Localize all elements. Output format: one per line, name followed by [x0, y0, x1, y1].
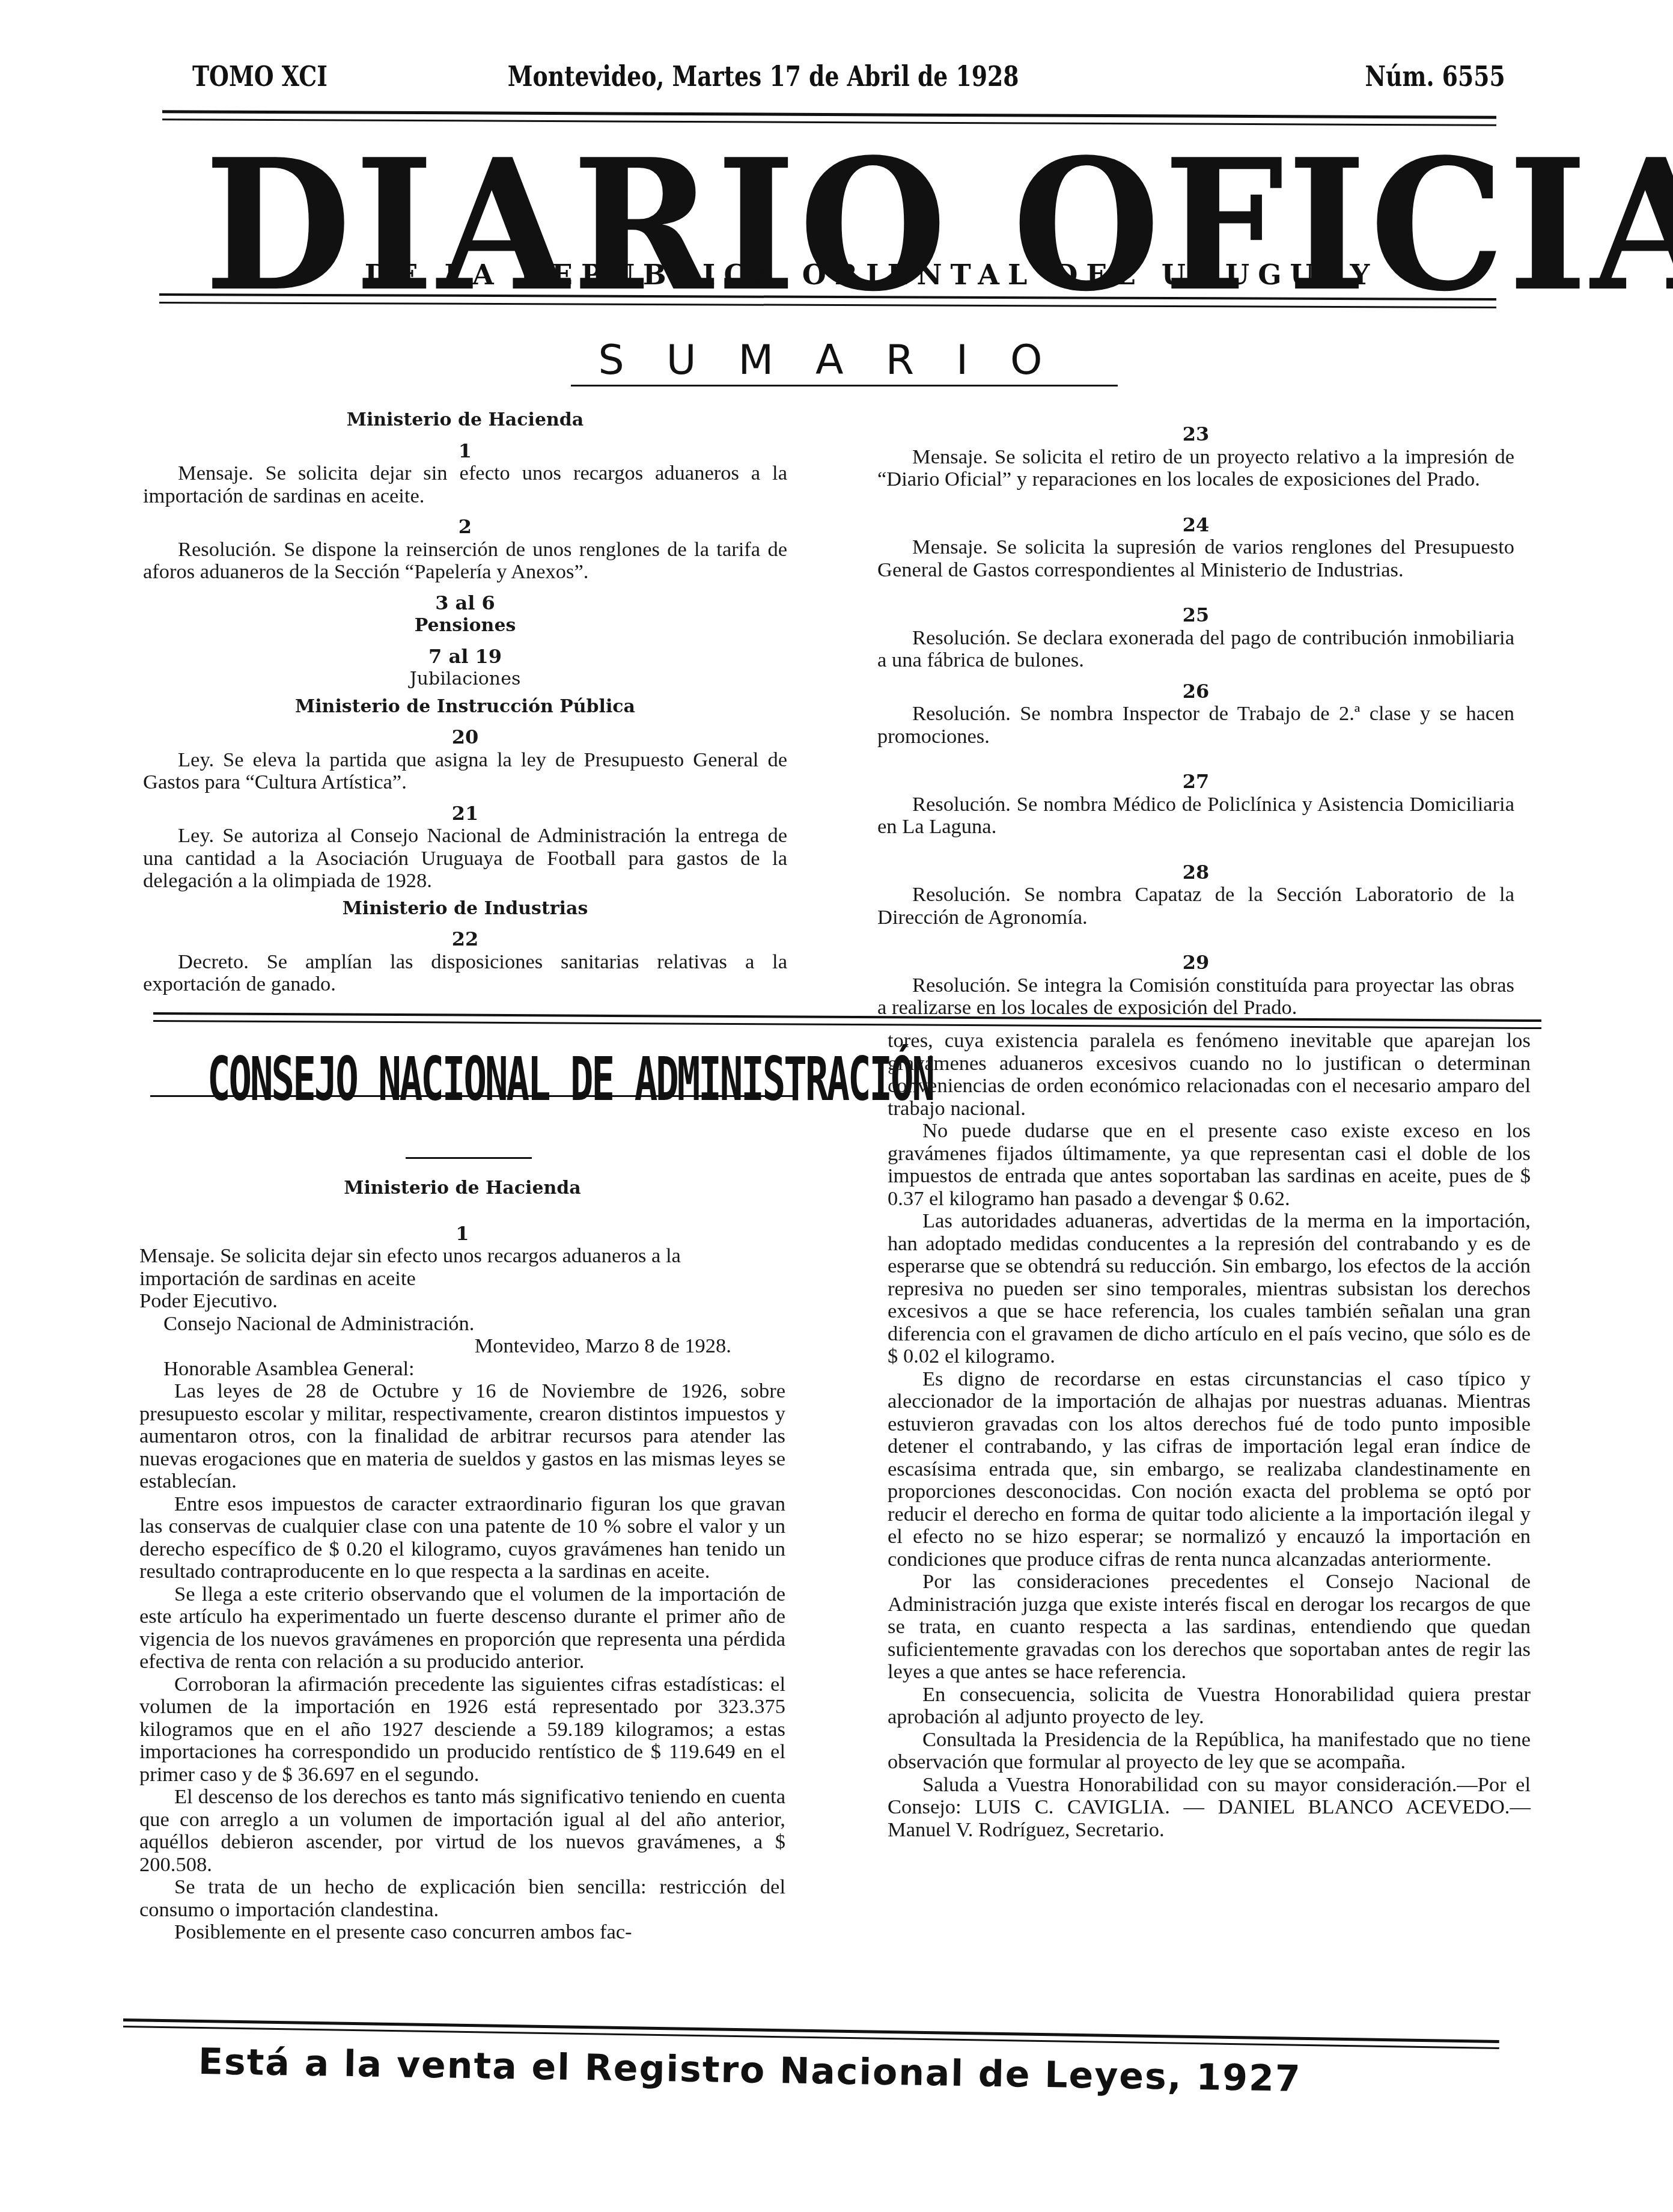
item-number: 28 — [877, 861, 1514, 884]
paragraph: Mensaje. Se solicita dejar sin efecto un… — [143, 462, 787, 507]
paragraph: Resolución. Se nombra Médico de Policlín… — [877, 793, 1514, 839]
paragraph: Las leyes de 28 de Octubre y 16 de Novie… — [139, 1380, 785, 1493]
paragraph: Por las consideraciones precedentes el C… — [888, 1571, 1531, 1684]
item-number: 26 — [877, 680, 1514, 703]
item-number: 1 — [139, 1223, 785, 1245]
paragraph: Entre esos impuestos de caracter extraor… — [139, 1493, 785, 1583]
newspaper-subtitle: DE LA REPUBLICA ORIENTAL DEL URUGUAY — [361, 258, 1382, 291]
item-number: 3 al 6 — [143, 592, 787, 615]
advertisement-banner: Está a la venta el Registro Nacional de … — [198, 2041, 1460, 2103]
spacer — [877, 748, 1514, 762]
paragraph: Las autoridades aduaneras, advertidas de… — [888, 1210, 1531, 1368]
item-number: 2 — [143, 516, 787, 539]
paragraph: Se trata de un hecho de explicación bien… — [139, 1876, 785, 1921]
category-heading: Pensiones — [143, 614, 787, 637]
paragraph: El descenso de los derechos es tanto más… — [139, 1786, 785, 1876]
paragraph: Ley. Se autoriza al Consejo Nacional de … — [143, 825, 787, 893]
paragraph: Consejo Nacional de Administración. — [139, 1313, 785, 1336]
masthead-topline: TOMO XCI Montevideo, Martes 17 de Abril … — [192, 60, 1483, 108]
divider — [123, 2018, 1499, 2043]
sumario-left-column: Ministerio de Hacienda1Mensaje. Se solic… — [143, 404, 787, 996]
paragraph: Posiblemente en el presente caso concurr… — [139, 1921, 785, 1944]
paragraph: Mensaje. Se solicita el retiro de un pro… — [877, 446, 1514, 491]
paragraph: Ley. Se eleva la partida que asigna la l… — [143, 749, 787, 794]
ministry-heading: Ministerio de Hacienda — [143, 409, 787, 432]
category-heading: Jubilaciones — [143, 668, 787, 691]
paragraph: Mensaje. Se solicita la supresión de var… — [877, 536, 1514, 581]
section-heading: CONSEJO NACIONAL DE ADMINISTRACIÓN — [207, 1046, 760, 1115]
paragraph: No puede dudarse que en el presente caso… — [888, 1120, 1531, 1210]
spacer — [877, 581, 1514, 596]
article-left-column: Ministerio de Hacienda1Mensaje. Se solic… — [139, 1172, 785, 1944]
paragraph: Saluda a Vuestra Honorabilidad con su ma… — [888, 1774, 1531, 1842]
item-number: 24 — [877, 514, 1514, 537]
divider — [406, 1157, 532, 1159]
item-number: 7 al 19 — [143, 646, 787, 668]
ministry-heading: Ministerio de Instrucción Pública — [143, 695, 787, 718]
sumario-heading: SUMARIO — [565, 337, 1118, 384]
item-number: 23 — [877, 423, 1514, 446]
paragraph: Se llega a este criterio observando que … — [139, 1583, 785, 1673]
spacer — [877, 929, 1514, 943]
spacer — [877, 839, 1514, 853]
paragraph: Es digno de recordarse en estas circunst… — [888, 1368, 1531, 1571]
dateline: Montevideo, Marzo 8 de 1928. — [139, 1335, 785, 1358]
paragraph: tores, cuya existencia paralela es fenóm… — [888, 1030, 1531, 1120]
paragraph: Honorable Asamblea General: — [139, 1358, 785, 1381]
article-right-column: tores, cuya existencia paralela es fenóm… — [888, 1030, 1531, 1841]
paragraph: Resolución. Se integra la Comisión const… — [877, 974, 1514, 1019]
divider — [153, 1020, 1541, 1029]
item-number: 1 — [143, 440, 787, 463]
paragraph: Resolución. Se dispone la reinserción de… — [143, 539, 787, 584]
item-number: 21 — [143, 802, 787, 825]
divider — [571, 385, 1118, 386]
paragraph: En consecuencia, solicita de Vuestra Hon… — [888, 1684, 1531, 1729]
item-caption: Mensaje. Se solicita dejar sin efecto un… — [139, 1245, 785, 1290]
divider — [150, 1095, 793, 1097]
paragraph: Decreto. Se amplían las disposiciones sa… — [143, 951, 787, 996]
ministry-heading: Ministerio de Hacienda — [139, 1177, 785, 1200]
item-number: 25 — [877, 604, 1514, 627]
paragraph: Resolución. Se nombra Capataz de la Secc… — [877, 884, 1514, 929]
spacer — [877, 491, 1514, 506]
item-number: 20 — [143, 726, 787, 749]
sumario-right-column: 23Mensaje. Se solicita el retiro de un p… — [877, 415, 1514, 1019]
newspaper-page: TOMO XCI Montevideo, Martes 17 de Abril … — [0, 0, 1673, 2212]
ministry-heading: Ministerio de Industrias — [143, 897, 787, 920]
issue-number: Núm. 6555 — [1365, 60, 1505, 93]
issue-date: Montevideo, Martes 17 de Abril de 1928 — [508, 60, 1019, 93]
paragraph: Corroboran la afirmación precedente las … — [139, 1673, 785, 1786]
volume-label: TOMO XCI — [192, 60, 328, 93]
item-number: 29 — [877, 952, 1514, 974]
item-number: 27 — [877, 771, 1514, 793]
spacer — [139, 1200, 785, 1214]
paragraph: Resolución. Se declara exonerada del pag… — [877, 627, 1514, 672]
item-number: 22 — [143, 928, 787, 951]
paragraph: Poder Ejecutivo. — [139, 1290, 785, 1313]
paragraph: Resolución. Se nombra Inspector de Traba… — [877, 703, 1514, 748]
divider — [162, 110, 1496, 119]
paragraph: Consultada la Presidencia de la Repúblic… — [888, 1729, 1531, 1774]
